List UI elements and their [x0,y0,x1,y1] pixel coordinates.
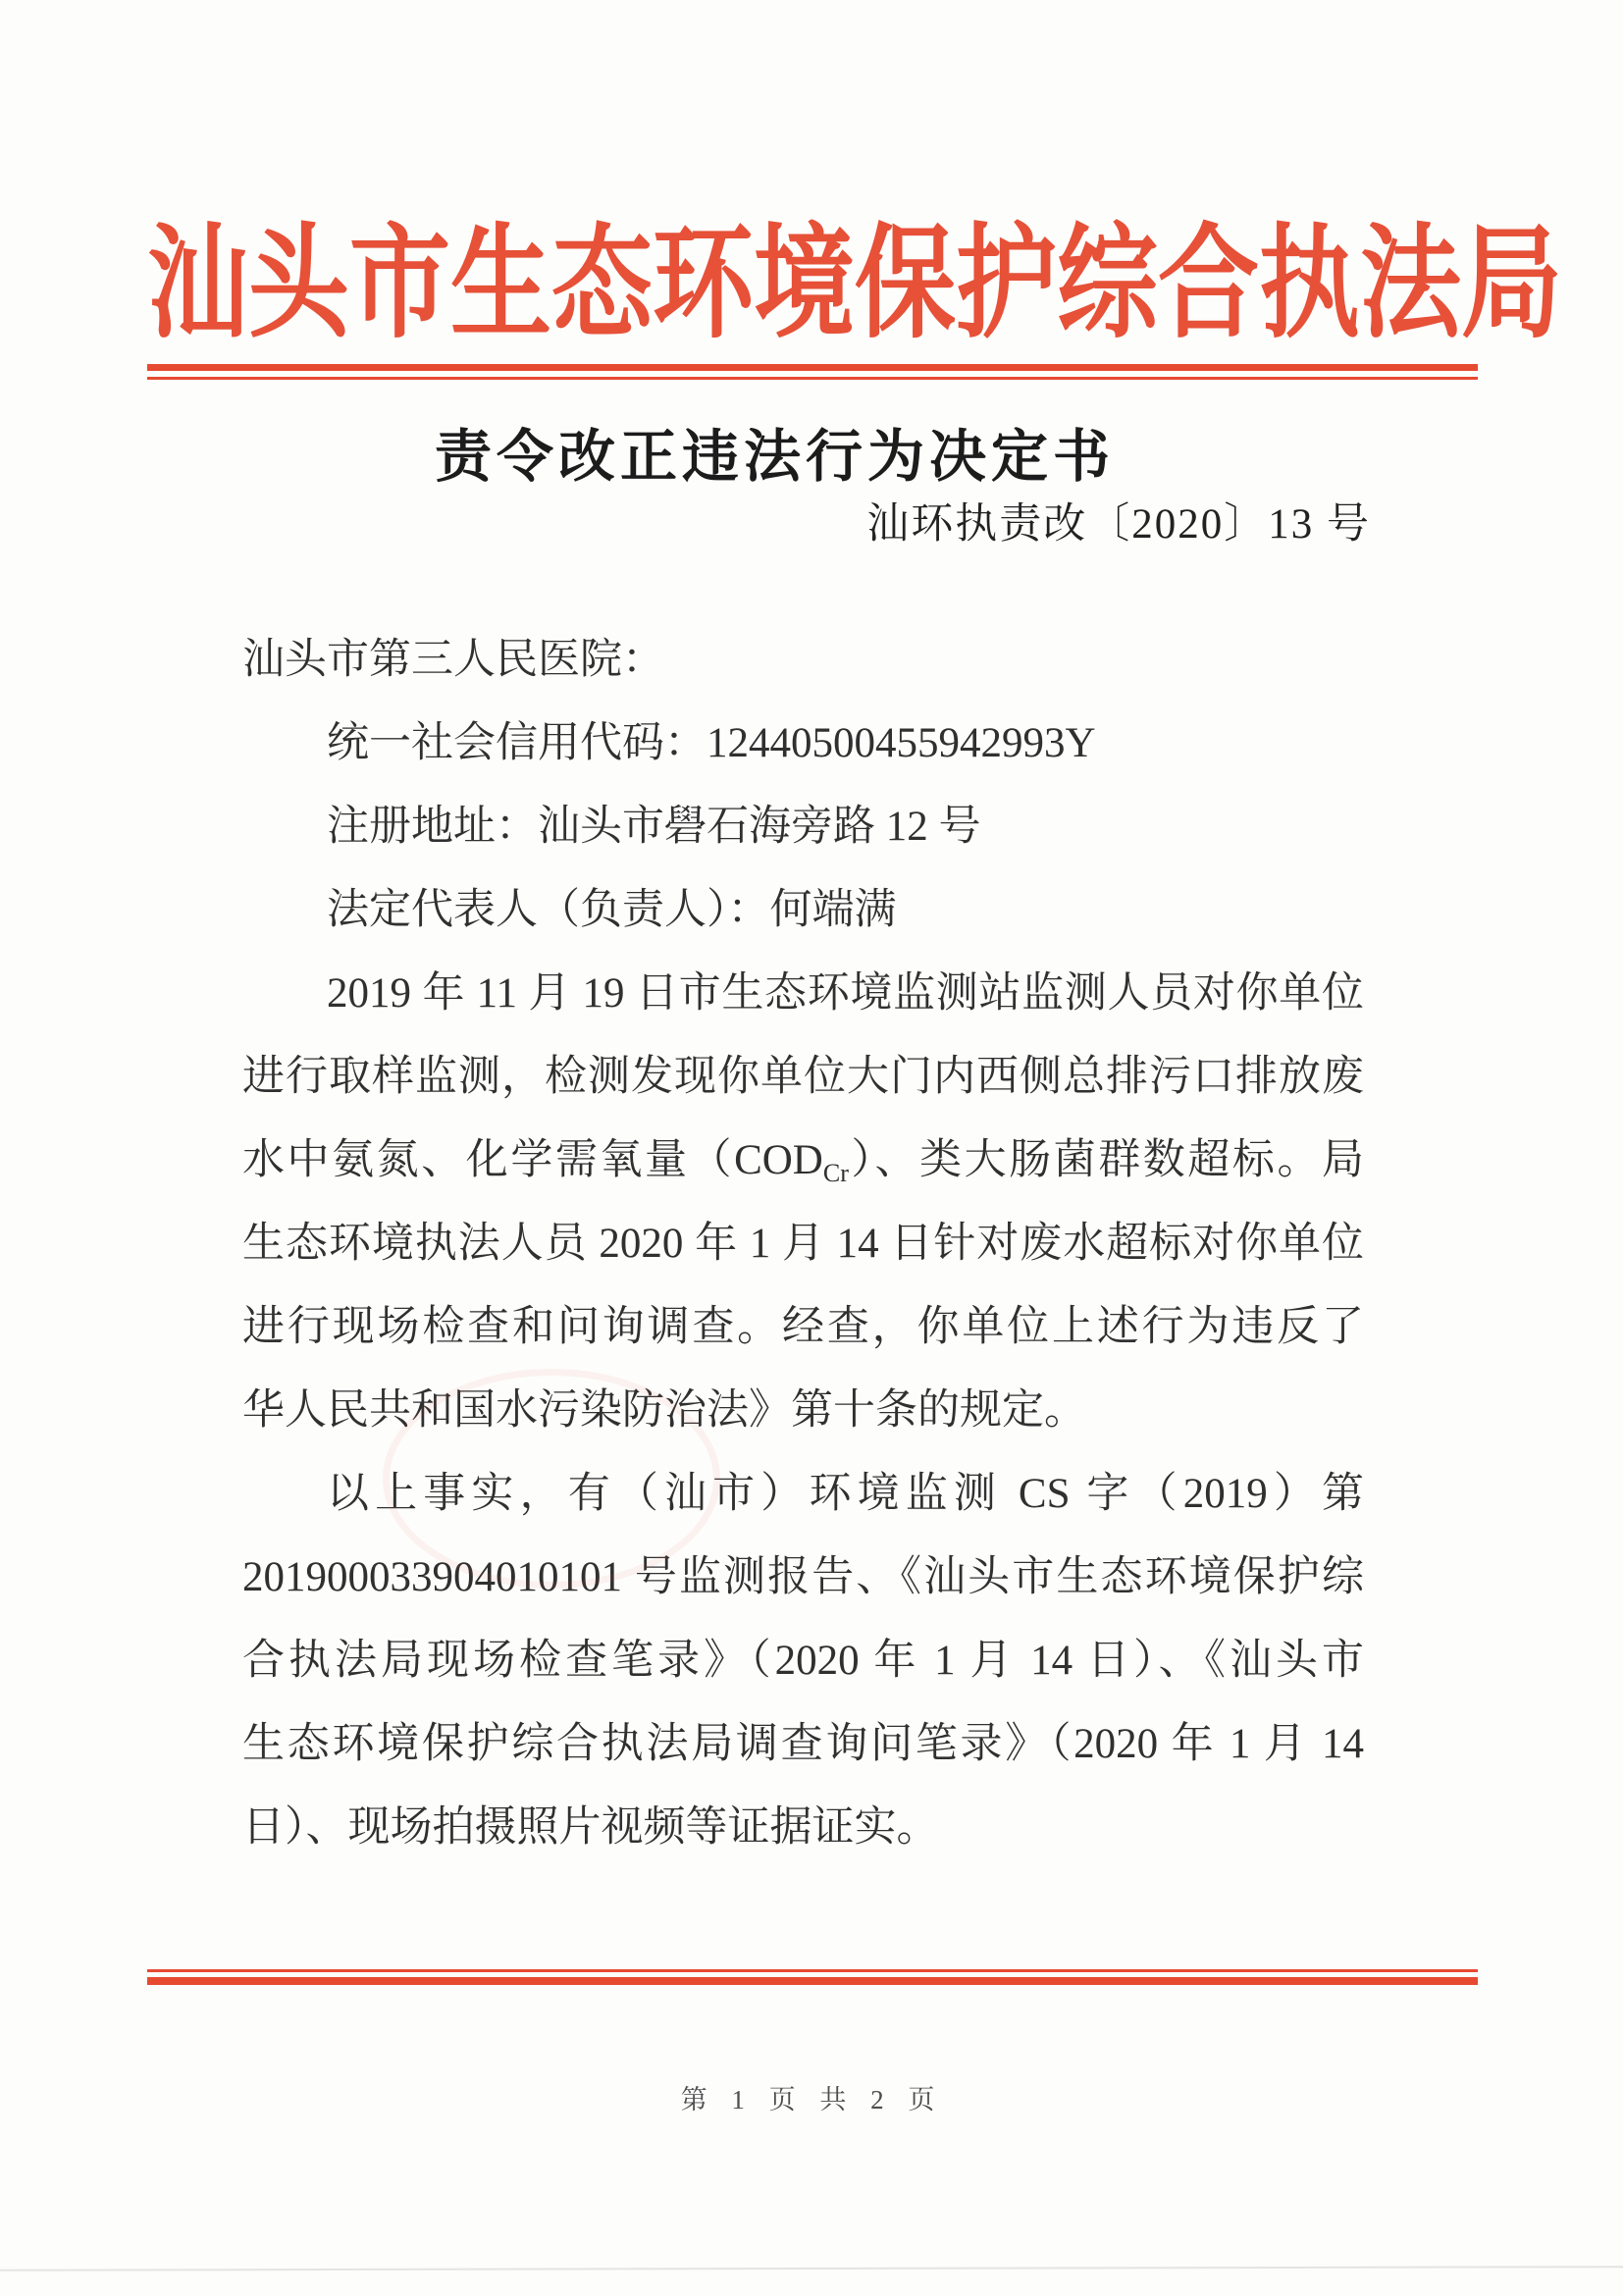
cod-text-before: 水中氨氮、化学需氧量（COD [242,1137,823,1183]
body-line: 进行取样监测，检测发现你单位大门内西侧总排污口排放废 [242,1035,1364,1119]
document-body: 汕头市第三人民医院： 统一社会信用代码：12440500455942993Y 注… [242,618,1364,1869]
agency-letterhead-title: 汕头市生态环境保护综合执法局 [147,218,1477,353]
credit-code-line: 统一社会信用代码：12440500455942993Y [242,702,1364,785]
legal-rep-line: 法定代表人（负责人）：何端满 [242,868,1364,952]
body-line: 进行现场检查和问询调查。经查，你单位上述行为违反了《中 [242,1285,1364,1369]
document-number: 汕环执责改〔2020〕13 号 [866,491,1371,550]
paper-edge-artifact [0,2266,1623,2270]
body-line: 华人民共和国水污染防治法》第十条的规定。 [242,1369,1364,1452]
body-line: 以上事实，有（汕市）环境监测 CS 字（2019）第 [242,1452,1364,1536]
header-rule-thin [147,377,1478,380]
body-line: 201900033904010101 号监测报告、《汕头市生态环境保护综 [242,1536,1364,1619]
addressee-line: 汕头市第三人民医院： [242,618,1364,702]
cod-subscript: Cr [823,1159,849,1187]
footer-rule-thin [147,1969,1478,1972]
document-page: 汕头市生态环境保护综合执法局 责令改正违法行为决定书 汕环执责改〔2020〕13… [0,0,1623,2296]
body-line: 2019 年 11 月 19 日市生态环境监测站监测人员对你单位 [242,952,1364,1035]
header-rule-thick [147,364,1478,371]
page-number: 第 1 页 共 2 页 [147,2078,1477,2116]
address-line: 注册地址：汕头市礐石海旁路 12 号 [242,785,1364,868]
body-line: 生态环境执法人员 2020 年 1 月 14 日针对废水超标对你单位 [242,1202,1364,1285]
cod-text-after: ）、类大肠菌群数超标。局 [849,1137,1364,1183]
body-line: 日）、现场拍摄照片视频等证据证实。 [242,1786,1364,1869]
body-line: 合执法局现场检查笔录》（2020 年 1 月 14 日）、《汕头市 [242,1619,1364,1702]
document-title: 责令改正违法行为决定书 [110,410,1440,493]
footer-rule-thick [147,1977,1478,1985]
body-line-cod: 水中氨氮、化学需氧量（CODCr）、类大肠菌群数超标。局 [242,1119,1364,1202]
body-line: 生态环境保护综合执法局调查询问笔录》（2020 年 1 月 14 [242,1702,1364,1786]
